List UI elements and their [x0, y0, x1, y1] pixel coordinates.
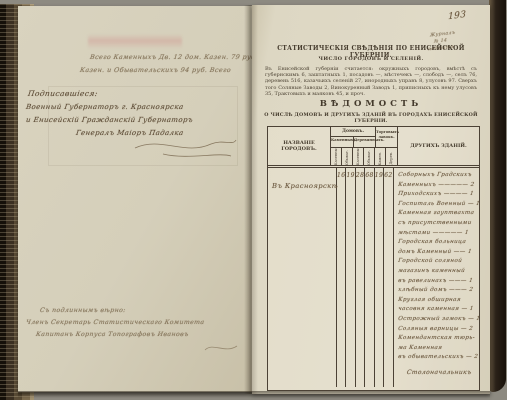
show-through-table-impression: [48, 86, 238, 166]
other-buildings-cell: Соборныхъ Градскихъ Каменныхъ ————— 2 Пр…: [394, 168, 483, 387]
table-header: НАЗВАНІЕ ГОРОДОВЪ. Домовъ. Каменныхъ. Де…: [268, 127, 479, 168]
header-shops-label: Торговыхъ лавокъ.: [376, 127, 397, 147]
scanned-book-spread: Всего Каменныхъ Дв. 12 дом. Казен. 79 ру…: [0, 0, 507, 400]
vertical-label: Казенныхъ.: [353, 148, 364, 165]
clerk-signature: Столоначальникъ: [397, 368, 480, 378]
header-houses-group: Домовъ. Каменныхъ. Деревянныхъ. Торговых…: [331, 127, 398, 165]
book-cover-edge: [489, 0, 506, 392]
other-buildings-line: Соляныя варницы — 2: [397, 325, 480, 335]
certification-line: Съ подлиннымъ вѣрно:: [40, 307, 127, 314]
other-buildings-line: мѣстами ————— 1: [397, 229, 480, 239]
other-buildings-line: часовня каменная — 1: [397, 305, 480, 315]
header-other-buildings-column: ДРУГИХЪ ЗДАНІЙ.: [398, 127, 479, 165]
value-cell: 68: [365, 168, 374, 387]
other-buildings-line: въ равелинахъ ——— 1: [397, 277, 480, 287]
other-buildings-line: ма Каменная: [397, 344, 480, 354]
value-cell: 19: [375, 168, 384, 387]
city-cell: Въ Красноярскѣ: [268, 168, 337, 387]
handwritten-page-number: 193: [448, 10, 466, 23]
handwritten-note-line: Всего Каменныхъ Дв. 12 дом. Казен. 79 ру…: [89, 53, 258, 61]
vertical-label: Казенныхъ.: [331, 148, 342, 165]
other-buildings-line: Госпиталь Военный — 1: [397, 200, 480, 210]
vertical-label: Камен.: [375, 148, 386, 165]
vedomost-subheading: О ЧИСЛѢ ДОМОВЪ И ДРУГИХЪ ЗДАНІЙ ВЪ ГОРОД…: [262, 112, 480, 124]
table-row: Въ Красноярскѣ 16 19 28 68 19 62 Соборны…: [268, 168, 479, 387]
intro-paragraph: Въ Енисейской губерніи считается: окружн…: [265, 66, 477, 97]
city-name: Въ Красноярскѣ: [272, 182, 338, 190]
left-page: Всего Каменныхъ Дв. 12 дом. Казен. 79 ру…: [18, 6, 252, 392]
document-subtitle: ЧИСЛО ГОРОДОВЪ И СЕЛЕНІЙ.: [262, 56, 480, 62]
attestation-line: Подписавшіеся:: [27, 89, 98, 98]
value-cell: 16: [337, 168, 346, 387]
header-wood-label: Деревянныхъ.: [353, 137, 376, 147]
certifier-flourish: [203, 340, 239, 356]
attestation-line: и Енисейскій Гражданскій Губернаторъ: [25, 116, 193, 124]
value-cell: 28: [356, 168, 365, 387]
other-buildings-line: Городская больница: [397, 238, 480, 248]
other-buildings-line: въ обывательскихъ — 2: [397, 353, 480, 363]
book-gutter-shadow: [244, 5, 258, 394]
other-buildings-line: домъ Каменный —— 1: [397, 248, 480, 258]
certification-line: Членъ Секретарь Статистическаго Комитета: [26, 319, 205, 326]
page-bottom-shadow: [18, 391, 490, 398]
header-city-column: НАЗВАНІЕ ГОРОДОВЪ.: [268, 127, 331, 165]
other-buildings-line: съ присутственными: [397, 219, 480, 229]
other-buildings-line: Приходскихъ ———— 1: [397, 190, 480, 200]
value-cell: 62: [384, 168, 393, 387]
statistics-table: НАЗВАНІЕ ГОРОДОВЪ. Домовъ. Каменныхъ. Де…: [267, 126, 480, 391]
other-buildings-line: Острожный замокъ — 1: [397, 315, 480, 325]
other-buildings-line: Комендантская тюрь-: [397, 334, 480, 344]
other-buildings-line: магазинъ каменный: [397, 267, 480, 277]
right-page: 193 Журналъ № 14 подшитъ СТАТИСТИЧЕСКІЯ …: [252, 5, 490, 394]
pencil-annotation-line: Журналъ: [430, 31, 455, 39]
header-houses-label: Домовъ.: [331, 127, 375, 137]
pencil-annotation-line: № 14: [434, 38, 447, 44]
other-buildings-line: Соборныхъ Градскихъ: [397, 171, 480, 181]
other-buildings-line: Городской соляной: [397, 257, 480, 267]
handwritten-note-line: Казен. и Обывательскихъ 94 руб. Всего: [79, 66, 231, 74]
attestation-line: Военный Губернаторъ г. Красноярска: [25, 103, 184, 111]
vedomost-heading: ВѢДОМОСТЬ: [262, 99, 480, 109]
value-cell: 19: [346, 168, 355, 387]
faded-archive-stamp: [88, 34, 182, 49]
governor-signature: Генералъ Маіоръ Падалка: [75, 129, 184, 137]
certifier-signature: Капитанъ Корпуса Топографовъ Ивановъ: [36, 331, 190, 338]
vertical-label: Дерев.: [386, 148, 396, 165]
header-stone-label: Каменныхъ.: [331, 137, 353, 147]
other-buildings-line: Каменныхъ ————— 2: [397, 181, 480, 191]
vertical-label: Обыват.: [364, 148, 375, 165]
header-subcolumn-labels: Казенныхъ. Обыват. Казенныхъ. Обыват. Ка…: [331, 148, 397, 165]
vertical-label: Обыват.: [342, 148, 353, 165]
other-buildings-line: Круглая обширная: [397, 296, 480, 306]
other-buildings-line: Каменная гауптвахта: [397, 209, 480, 219]
other-buildings-line: хлѣбный домъ ——— 2: [397, 286, 480, 296]
